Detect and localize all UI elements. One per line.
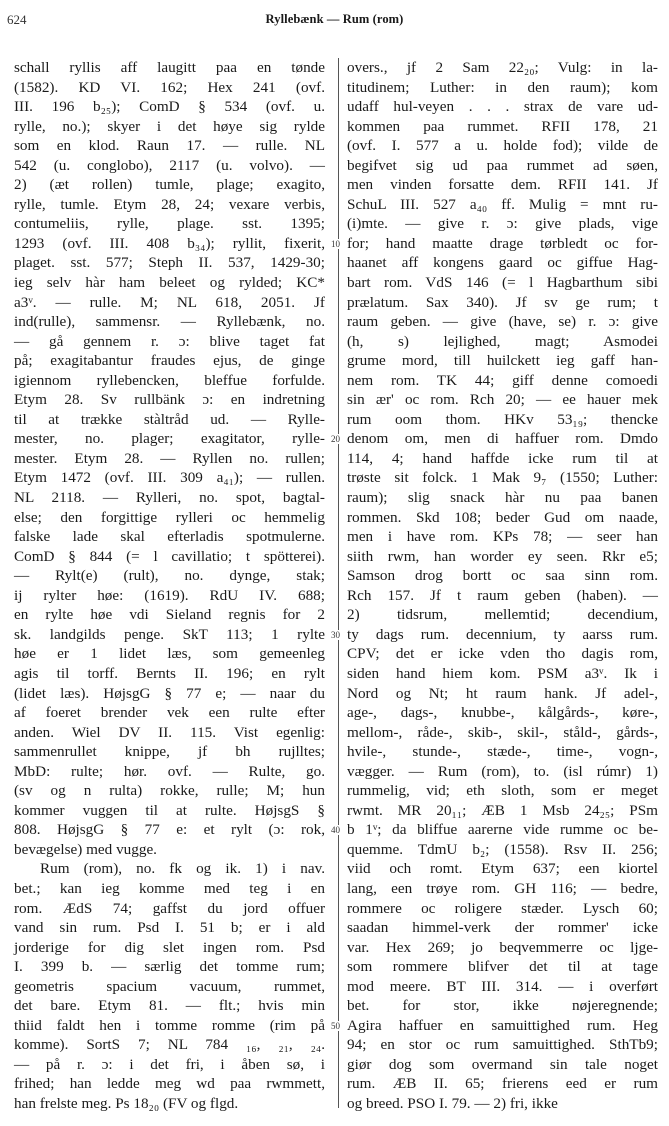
text-line: titudinem; Luther: in den raum); kom	[347, 78, 658, 98]
text-line: overs., jf 2 Sam 22₂₀; Vulg: in la-	[347, 58, 658, 78]
page-header: 624 Ryllebænk — Rum (rom)	[0, 8, 669, 32]
text-line: Agira haffuer en samuittighed rum. Heg	[347, 1016, 658, 1036]
text-line: udaff hul-veyen . . . strax de vare ud-	[347, 97, 658, 117]
text-line: 2) tidsrum, mellemtid; decendium,	[347, 605, 658, 625]
text-line: bet.; kan ieg komme med teg i en	[14, 879, 325, 899]
text-line: og breed. PSO I. 79. — 2) fri, ikke	[347, 1094, 658, 1114]
text-line: kommen paa rummet. RFII 178, 21	[347, 117, 658, 137]
text-line: schall ryllis aff laugitt paa en tønde	[14, 58, 325, 78]
text-line: 1293 (ovf. III. 408 b₃₄); ryllit, fixeri…	[14, 234, 325, 254]
running-head: Ryllebænk — Rum (rom)	[0, 12, 669, 27]
text-line: sammenrullet knippe, jf bh rujlltes;	[14, 742, 325, 762]
line-number-marker: 10	[326, 239, 340, 249]
text-line: kommer vuggen til at rulte. HøjsgS §	[14, 801, 325, 821]
text-line: høe er 1 lidet læs, som gemeenleg	[14, 644, 325, 664]
line-number-marker: 40	[326, 825, 340, 835]
right-column: overs., jf 2 Sam 22₂₀; Vulg: in la-titud…	[347, 58, 658, 1114]
text-line: komme). SortS 7; NL 784 ₁₆, ₂₁, ₂₄.	[14, 1035, 325, 1055]
text-line: (sv og n rulta) rokke, rulle; M; hun	[14, 781, 325, 801]
column-divider	[338, 58, 339, 1108]
text-line: mod meere. BT III. 314. — i overført	[347, 977, 658, 997]
text-line: haanet aff kongens gaard oc giffue Hag-	[347, 253, 658, 273]
text-line: nem rom. TK 44; giff denne comoedi	[347, 371, 658, 391]
text-line: sin ær' oc rom. Rch 20; — ee hauer mek	[347, 390, 658, 410]
text-line: age-, dags-, knubbe-, kålgårds-, køre-,	[347, 703, 658, 723]
text-line: men i have rom. KPs 78; — seer han	[347, 527, 658, 547]
text-line: anden. Wiel DV II. 115. Vist egenlig:	[14, 723, 325, 743]
text-line: rommen. Skd 108; beder Gud om naade,	[347, 508, 658, 528]
text-line: (ovf. I. 577 a u. holde fod); vilde de	[347, 136, 658, 156]
text-line: hvile-, stunde-, stæde-, time-, vogn-,	[347, 742, 658, 762]
text-line: det bare. Etym 81. — flt.; hvis min	[14, 996, 325, 1016]
text-line: quemme. TdmU b₂; (1558). Rsv II. 256;	[347, 840, 658, 860]
text-line: (h, s) lejlighed, magt; Asmodei	[347, 332, 658, 352]
text-line: geometris spacium vacuum, rummet,	[14, 977, 325, 997]
text-line: som rommere blifver det til at tage	[347, 957, 658, 977]
text-line: denom om, men di haffuer rom. Dmdo	[347, 429, 658, 449]
text-line: mester, no. plager; exagitator, rylle-	[14, 429, 325, 449]
text-line: prælatum. Sax 340). Jf sv ge rum; t	[347, 293, 658, 313]
text-line: vand sin rum. Psd I. 51 b; er i ald	[14, 918, 325, 938]
text-line: for; hand maatte drage tørbledt oc for-	[347, 234, 658, 254]
text-line: ComD § 844 (= l cavillatio; t spötterei)…	[14, 547, 325, 567]
text-line: — på r. ɔ: i det fri, i åben sø, i	[14, 1055, 325, 1075]
line-number-marker: 30	[326, 630, 340, 640]
text-line: saadan himmel-verk der rommer' icke	[347, 918, 658, 938]
text-line: rommere oc roligere stæder. Lysch 60;	[347, 899, 658, 919]
text-line: men vinden forsatte dem. RFII 141. Jf	[347, 175, 658, 195]
text-line: af foeret brender vek een rulte efter	[14, 703, 325, 723]
text-line: mester. Etym 28. — Ryllen no. rullen;	[14, 449, 325, 469]
text-line: SchuL III. 527 a₄₀ ff. Mulig = mnt ru-	[347, 195, 658, 215]
text-line: Samson drog bortt oc saa sinn rom.	[347, 566, 658, 586]
text-line: a3ᵛ. — rulle. M; NL 618, 2051. Jf	[14, 293, 325, 313]
text-line: rwmt. MR 20₁₁; ÆB 1 Msb 24₂₅; PSm	[347, 801, 658, 821]
text-line: ind(rulle), sammensr. — Ryllebænk, no.	[14, 312, 325, 332]
text-line: en rylte høe vdi Sieland regnis for 2	[14, 605, 325, 625]
text-line: frihed; han ledde meg wd paa rwmmett,	[14, 1074, 325, 1094]
text-line: I. 399 b. — særlig det tomme rum;	[14, 957, 325, 977]
text-line: som en klod. Raun 17. — rulle. NL	[14, 136, 325, 156]
line-number-marker: 50	[326, 1021, 340, 1031]
text-line: — gå gennem r. ɔ: blive taget fat	[14, 332, 325, 352]
text-line: MbD: rulte; hør. ovf. — Rulte, go.	[14, 762, 325, 782]
text-line: Nord og Nt; ht raum hank. Jf adel-,	[347, 684, 658, 704]
text-line: Etym 1472 (ovf. III. 309 a₄₁); — rullen.	[14, 468, 325, 488]
text-line: 808. HøjsgG § 77 e: et rylt (ɔ: rok,	[14, 820, 325, 840]
text-line: (i)mte. — give r. ɔ: give plads, vige	[347, 214, 658, 234]
text-line: begifvet sig ud paa rummet ad søen,	[347, 156, 658, 176]
text-line: thiid faldt hen i tomme romme (rim på	[14, 1016, 325, 1036]
text-line: CPV; det er icke vden tho dagis rom,	[347, 644, 658, 664]
line-number-marker: 20	[326, 434, 340, 444]
text-line: trøste sit folck. 1 Mak 9₇ (1550; Luther…	[347, 468, 658, 488]
text-line: 114, 4; hand haffde icke rum til at	[347, 449, 658, 469]
text-line: rummelig, vid; eth sloth, som er meget	[347, 781, 658, 801]
left-column: schall ryllis aff laugitt paa en tønde(1…	[14, 58, 325, 1114]
text-line: rylle, tumle. Etym 28, 24; vexare verbis…	[14, 195, 325, 215]
text-line: agis til torff. Bernts II. 196; en rylt	[14, 664, 325, 684]
text-line: raum geben. — give (have, se) r. ɔ: give	[347, 312, 658, 332]
text-line: siden hand hiem kom. PSM a3ᵛ. Ik i	[347, 664, 658, 684]
text-line: rum. ÆB II. 65; frierens eed er rum	[347, 1074, 658, 1094]
text-line: raum); slig snack hàr nu paa banen	[347, 488, 658, 508]
text-line: 94; en stor oc rum samuittighed. SthTb9;	[347, 1035, 658, 1055]
text-line: bart rom. VdS 146 (= l Hagbarthum sibi	[347, 273, 658, 293]
text-line: på; exagitabantur fraudes ejus, de ginge	[14, 351, 325, 371]
text-line: rylle, no.); skyer i det høye sig rylde	[14, 117, 325, 137]
text-line: falske lade skal efterladis spotmulerne.	[14, 527, 325, 547]
text-line: NL 2118. — Rylleri, no. spot, bagtal-	[14, 488, 325, 508]
text-line: sk. landgilds penge. SkT 113; 1 rylte	[14, 625, 325, 645]
text-line: III. 196 b₂₅); ComD § 534 (ovf. u.	[14, 97, 325, 117]
text-line: (lidet læs). HøjsgG § 77 e; — naar du	[14, 684, 325, 704]
text-line: b 1ᵛ; da bliffue aarerne vide rumme oc b…	[347, 820, 658, 840]
text-line: else; den forgittige rylleri oc hemmelig	[14, 508, 325, 528]
text-line: viid och romt. Etym 637; een kiortel	[347, 859, 658, 879]
text-line: Rum (rom), no. fk og ik. 1) i nav.	[14, 859, 325, 879]
text-line: ij rylter høe: (1619). RdU IV. 688;	[14, 586, 325, 606]
text-line: contumeliis, rylle, plage. sst. 1395;	[14, 214, 325, 234]
text-line: jorderige for dig slet ingen rom. Psd	[14, 938, 325, 958]
text-line: rum oom thom. HKv 53₁₉; thencke	[347, 410, 658, 430]
text-line: 542 (u. conglobo), 2117 (u. volvo). —	[14, 156, 325, 176]
text-line: 2) (æt rollen) tumle, plage; exagito,	[14, 175, 325, 195]
text-line: var. Hex 269; jo beqvemmerre oc ljge-	[347, 938, 658, 958]
text-line: bet. for stor, ikke nøjeregnende;	[347, 996, 658, 1016]
text-line: giør dog som overmand sin tale noget	[347, 1055, 658, 1075]
text-line: rom. ÆdS 74; gaffst du jord offuer	[14, 899, 325, 919]
text-line: grume mord, till huilckett ieg gaff han-	[347, 351, 658, 371]
text-line: vægger. — Rum (rom), to. (isl rúmr) 1)	[347, 762, 658, 782]
text-line: lang, een trøye rom. GH 116; — bedre,	[347, 879, 658, 899]
text-line: bevægelse) med vugge.	[14, 840, 325, 860]
text-line: til at trække stàltråd ud. — Rylle-	[14, 410, 325, 430]
text-line: (1582). KD VI. 162; Hex 241 (ovf.	[14, 78, 325, 98]
text-line: Rch 157. Jf t raum geben (haben). —	[347, 586, 658, 606]
text-line: siith rwm, han worder ey seen. Rkr e5;	[347, 547, 658, 567]
text-line: plaget. sst. 577; Steph II. 537, 1429-30…	[14, 253, 325, 273]
text-line: ty dags rum. decennium, ty aarss rum.	[347, 625, 658, 645]
text-line: igiennom ryllebencken, bleffue forfulde.	[14, 371, 325, 391]
text-line: han frelste meg. Ps 18₂₀ (FV og flgd.	[14, 1094, 325, 1114]
text-line: Etym 28. Sv rullbänk ɔ: en indretning	[14, 390, 325, 410]
text-line: — Rylt(e) (rult), no. dynge, stak;	[14, 566, 325, 586]
text-line: mellom-, råde-, skib-, skil-, ståld-, gå…	[347, 723, 658, 743]
text-line: ieg selv hàr ham beleet og rylded; KC*	[14, 273, 325, 293]
